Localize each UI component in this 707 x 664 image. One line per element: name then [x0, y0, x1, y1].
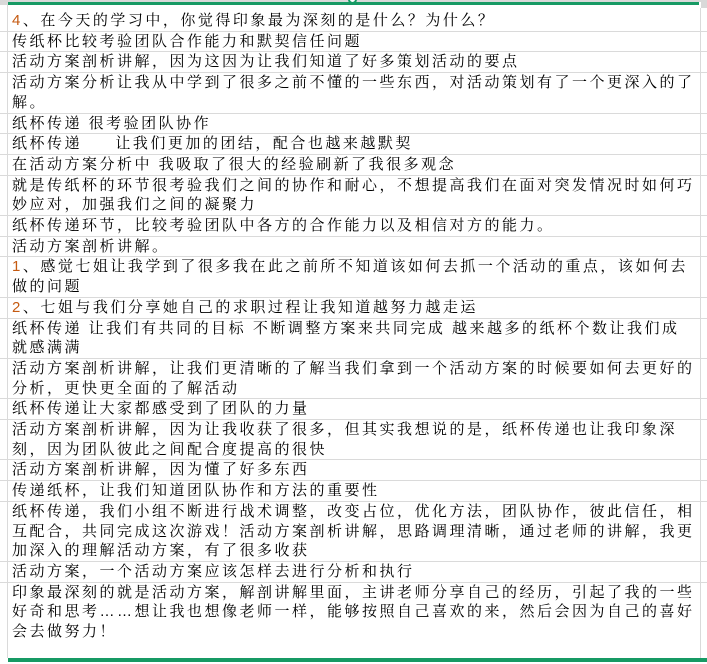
table-row[interactable]: 传递纸杯，让我们知道团队协作和方法的重要性: [0, 481, 707, 502]
table-row[interactable]: 1、感觉七姐让我学到了很多我在此之前所不知道该如何去抓一个活动的重点，该如何去做…: [0, 257, 707, 297]
cell-text: 就是传纸杯的环节很考验我们之间的协作和耐心，不想提高我们在面对突发情况时如何巧妙…: [12, 177, 695, 214]
cell-text: 印象最深刻的就是活动方案，解剖讲解里面，主讲老师分享自己的经历，引起了我的一些好…: [12, 584, 695, 640]
cell-text: 纸杯传递 让我们有共同的目标 不断调整方案来共同完成 越来越多的纸杯个数让我们成…: [12, 320, 680, 357]
cell-text: 活动方案，一个活动方案应该怎样去进行分析和执行: [12, 563, 415, 580]
cell-text: 传纸杯比较考验团队合作能力和默契信任问题: [12, 33, 362, 50]
table-row[interactable]: 纸杯传递 让我们有共同的目标 不断调整方案来共同完成 越来越多的纸杯个数让我们成…: [0, 319, 707, 359]
cell-text: 活动方案剖析讲解。: [12, 238, 170, 255]
cell-text: 在活动方案分析中 我吸取了很大的经验刷新了我很多观念: [12, 156, 456, 173]
table-row[interactable]: 2、七姐与我们分享她自己的求职过程让我知道越努力越走运: [0, 298, 707, 319]
row-number-prefix: 1: [12, 258, 23, 275]
table-row[interactable]: 纸杯传递环节，比较考验团队中各方的合作能力以及相信对方的能力。: [0, 216, 707, 237]
cell-text: 纸杯传递让大家都感受到了团队的力量: [12, 400, 310, 417]
cell-text: 活动方案剖析讲解，因为懂了好多东西: [12, 461, 310, 478]
table-row[interactable]: 纸杯传递让大家都感受到了团队的力量: [0, 399, 707, 420]
table-row[interactable]: 活动方案分析让我从中学到了很多之前不懂的一些东西，对活动策划有了一个更深入的了解…: [0, 73, 707, 113]
cell-text: 、七姐与我们分享她自己的求职过程让我知道越努力越走运: [23, 299, 478, 316]
cell-text: 活动方案剖析讲解，因为这因为让我们知道了好多策划活动的要点: [12, 53, 520, 70]
table-row[interactable]: 活动方案，一个活动方案应该怎样去进行分析和执行: [0, 562, 707, 583]
cell-rows-container: 4、在今天的学习中，你觉得印象最为深刻的是什么？为什么？ 传纸杯比较考验团队合作…: [0, 5, 707, 642]
table-row[interactable]: 4、在今天的学习中，你觉得印象最为深刻的是什么？为什么？: [0, 5, 707, 32]
column-gridline-right: [700, 8, 701, 658]
cell-text: 活动方案剖析讲解，因为让我收获了很多，但其实我想说的是，纸杯传递也让我印象深刻，…: [12, 421, 677, 458]
cell-text: 传递纸杯，让我们知道团队协作和方法的重要性: [12, 482, 380, 499]
table-row[interactable]: 纸杯传递，我们小组不断进行战术调整，改变占位，优化方法，团队协作，彼此信任，相互…: [0, 502, 707, 562]
table-row[interactable]: 活动方案剖析讲解，因为懂了好多东西: [0, 460, 707, 481]
cell-text: 、在今天的学习中，你觉得印象最为深刻的是什么？为什么？: [23, 12, 496, 29]
cell-text: 纸杯传递，我们小组不断进行战术调整，改变占位，优化方法，团队协作，彼此信任，相互…: [12, 503, 695, 559]
cell-text: 、感觉七姐让我学到了很多我在此之前所不知道该如何去抓一个活动的重点，该如何去做的…: [12, 258, 688, 295]
selection-border-bottom: [8, 658, 707, 662]
row-number-prefix: 4: [12, 12, 23, 29]
cell-text: 活动方案分析让我从中学到了很多之前不懂的一些东西，对活动策划有了一个更深入的了解…: [12, 74, 695, 111]
row-number-prefix: 2: [12, 299, 23, 316]
table-row[interactable]: 活动方案剖析讲解。: [0, 237, 707, 258]
table-row[interactable]: 印象最深刻的就是活动方案，解剖讲解里面，主讲老师分享自己的经历，引起了我的一些好…: [0, 583, 707, 642]
table-row[interactable]: 就是传纸杯的环节很考验我们之间的协作和耐心，不想提高我们在面对突发情况时如何巧妙…: [0, 176, 707, 216]
table-row[interactable]: 纸杯传递 让我们更加的团结，配合也越来越默契: [0, 134, 707, 155]
cell-text: 纸杯传递 让我们更加的团结，配合也越来越默契: [12, 135, 413, 152]
table-row[interactable]: 活动方案剖析讲解，因为这因为让我们知道了好多策划活动的要点: [0, 52, 707, 73]
table-row[interactable]: 在活动方案分析中 我吸取了很大的经验刷新了我很多观念: [0, 155, 707, 176]
table-row[interactable]: 传纸杯比较考验团队合作能力和默契信任问题: [0, 32, 707, 53]
table-row[interactable]: 活动方案剖析讲解，让我们更清晰的了解当我们拿到一个活动方案的时候要如何去更好的分…: [0, 359, 707, 399]
column-gridline-left: [7, 2, 8, 658]
cell-text: 活动方案剖析讲解，让我们更清晰的了解当我们拿到一个活动方案的时候要如何去更好的分…: [12, 360, 695, 397]
cell-text: 纸杯传递环节，比较考验团队中各方的合作能力以及相信对方的能力。: [12, 217, 555, 234]
cell-text: 纸杯传递 很考验团队协作: [12, 115, 211, 132]
table-row[interactable]: 活动方案剖析讲解，因为让我收获了很多，但其实我想说的是，纸杯传递也让我印象深刻，…: [0, 420, 707, 460]
spreadsheet-viewport: 4、在今天的学习中，你觉得印象最为深刻的是什么？为什么？ 传纸杯比较考验团队合作…: [0, 0, 707, 664]
table-row[interactable]: 纸杯传递 很考验团队协作: [0, 114, 707, 135]
